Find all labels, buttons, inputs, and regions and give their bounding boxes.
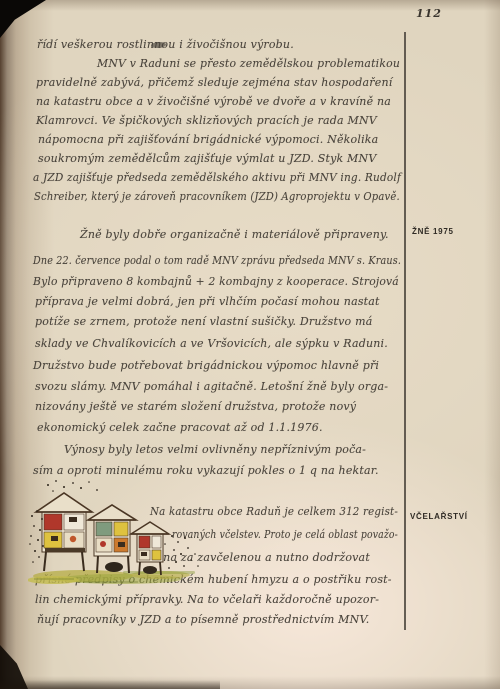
manuscript-line: Družstvo bude potřebovat brigádnickou vý… [33,359,379,373]
manuscript-line: svozu slámy. MNV pomáhal i agitačně. Let… [35,380,388,394]
manuscript-line: Klamrovci. Ve špičkových sklizňových pra… [36,114,377,128]
manuscript-line: nizovány ještě ve starém složení družstv… [35,400,356,414]
manuscript-line: řídí veškerou rostlinnou i živočišnou vý… [37,38,294,52]
page-number: 112 [416,7,442,20]
manuscript-line: vána za zavčelenou a nutno dodržovat [150,551,370,565]
manuscript-line: Výnosy byly letos velmi ovlivněny nepříz… [64,443,366,457]
margin-rule [404,32,406,630]
manuscript-line: Dne 22. července podal o tom radě MNV zp… [33,254,401,268]
scan-bottom-shadow [0,680,220,689]
manuscript-line: soukromým zemědělcům zajišťuje výmlat u … [38,152,376,166]
manuscript-line: Schreiber, který je zároveň pracovníkem … [34,190,400,204]
manuscript-line: MNV v Raduni se přesto zemědělskou probl… [97,57,400,71]
manuscript-line: potíže se zrnem, protože není vlastní su… [35,315,372,329]
manuscript-line: a JZD zajišťuje předseda zemědělského ak… [33,171,401,185]
manuscript-line: Na katastru obce Raduň je celkem 312 reg… [150,505,398,519]
manuscript-line: ňují pracovníky v JZD a to písemně prost… [37,613,369,627]
manuscript-line: nápomocna při zajišťování brigádnické vý… [38,133,378,147]
manuscript-line: na katastru obce a v živočišné výrobě ve… [36,95,391,109]
manuscript-line: příprava je velmi dobrá, jen při vlhčím … [35,295,380,309]
manuscript-line: sklady ve Chvalíkovicích a ve Vršovicích… [35,337,388,351]
margin-note-beekeeping: VČELAŘSTVÍ [410,512,468,521]
manuscript-line: sím a oproti minulému roku vykazují pokl… [33,464,379,478]
manuscript-line: Žně byly dobře organizačně i materiálově… [80,228,389,242]
manuscript-line: Bylo připraveno 8 kombajnů + 2 kombajny … [33,275,399,289]
manuscript-line: přísné předpisy o chemickém hubení hmyzu… [35,573,392,587]
manuscript-line: lin chemickými přípravky. Na to včelaři … [35,593,379,607]
manuscript-line: pravidelně zabývá, přičemž sleduje zejmé… [36,76,392,90]
manuscript-line: ekonomický celek začne pracovat až od 1.… [37,421,323,435]
scan-corner-shadow-top-left [0,0,46,38]
margin-note-harvest: ŽNĚ 1975 [412,227,454,236]
manuscript-line: rovaných včelstev. Proto je celá oblast … [172,528,398,542]
chronicle-page-scan: 112 ŽNĚ 1975 VČELAŘSTVÍ řídí veškerou ro… [0,0,500,689]
